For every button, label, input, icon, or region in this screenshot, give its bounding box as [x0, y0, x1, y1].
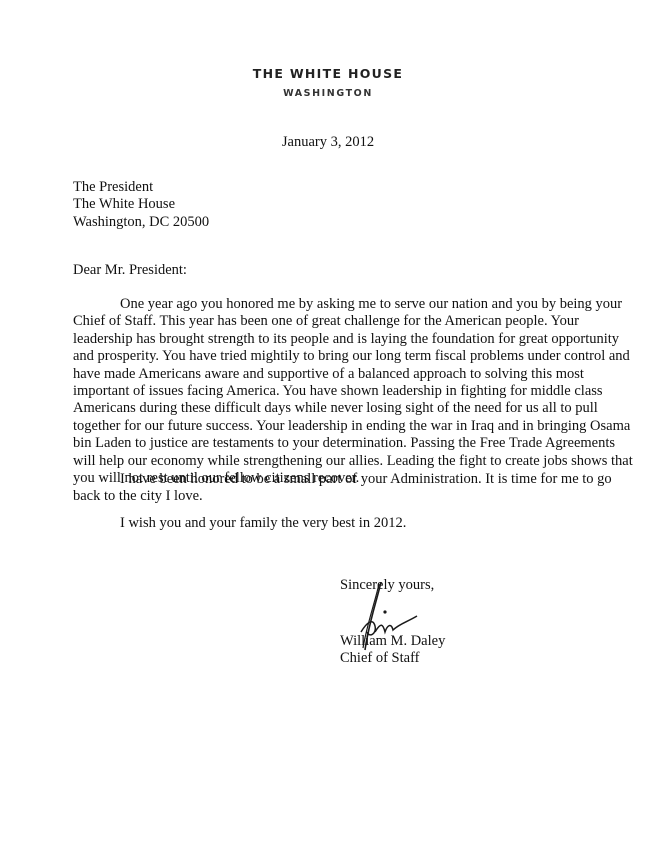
paragraph-line: have made Americans aware and supportive…	[73, 366, 593, 383]
paragraph-line: I have been honored to be a small part o…	[73, 471, 593, 488]
letterhead: THE WHITE HOUSE WASHINGTON	[0, 66, 650, 99]
paragraph-line: bin Laden to justice are testaments to y…	[73, 435, 593, 452]
paragraph-line: together for our future success. Your le…	[73, 418, 593, 435]
recipient-line: The White House	[73, 196, 209, 213]
paragraph-line: I wish you and your family the very best…	[73, 515, 593, 532]
body-paragraph-1: One year ago you honored me by asking me…	[73, 296, 593, 487]
letter-date: January 3, 2012	[0, 134, 650, 151]
recipient-line: Washington, DC 20500	[73, 214, 209, 231]
paragraph-line: Chief of Staff. This year has been one o…	[73, 313, 593, 330]
recipient-address: The President The White House Washington…	[73, 179, 209, 231]
paragraph-line: leadership has brought strength to its p…	[73, 331, 593, 348]
signer-title: Chief of Staff	[340, 650, 445, 667]
paragraph-line: and prosperity. You have tried mightily …	[73, 348, 593, 365]
signer-name: William M. Daley	[340, 633, 445, 650]
signer-block: William M. Daley Chief of Staff	[340, 633, 445, 668]
letterhead-title: THE WHITE HOUSE	[0, 66, 650, 81]
paragraph-line: important of issues facing America. You …	[73, 383, 593, 400]
paragraph-line: back to the city I love.	[73, 488, 593, 505]
paragraph-line: Americans during these difficult days wh…	[73, 400, 593, 417]
recipient-line: The President	[73, 179, 209, 196]
body-paragraph-3: I wish you and your family the very best…	[73, 515, 593, 532]
paragraph-line: will help our economy while strengthenin…	[73, 453, 593, 470]
body-paragraph-2: I have been honored to be a small part o…	[73, 471, 593, 506]
letterhead-subtitle: WASHINGTON	[0, 88, 650, 99]
paragraph-line: One year ago you honored me by asking me…	[73, 296, 593, 313]
salutation: Dear Mr. President:	[73, 262, 187, 279]
